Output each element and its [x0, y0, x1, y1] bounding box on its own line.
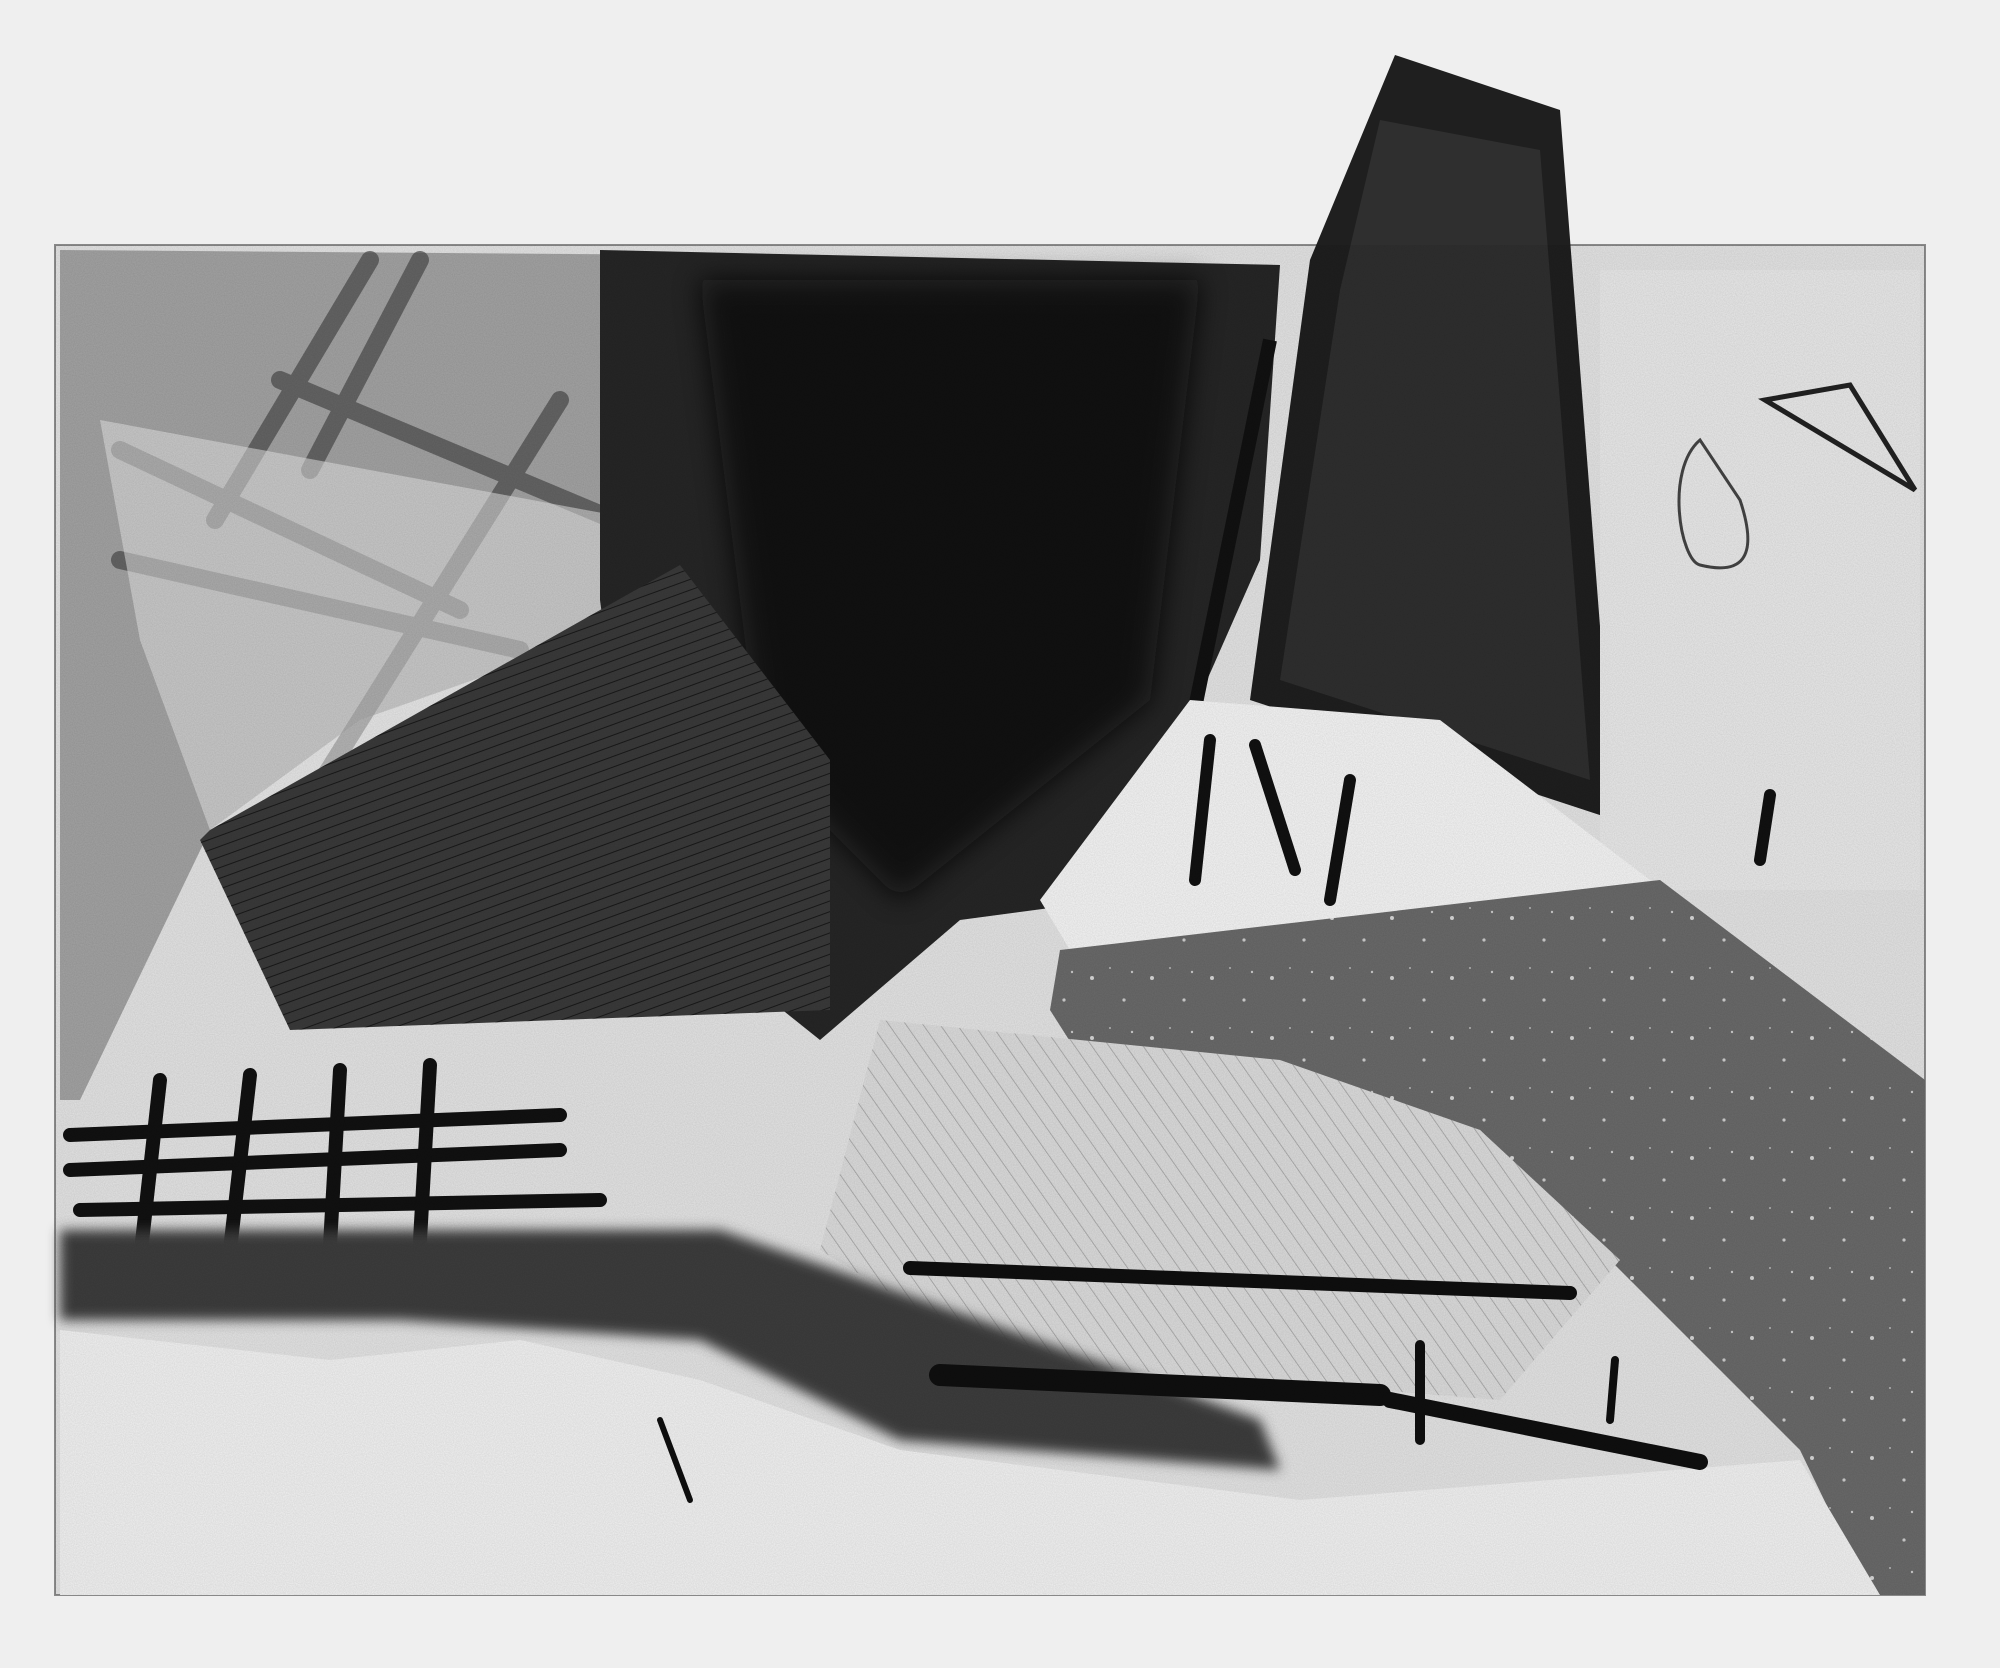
abstract-print-artwork — [0, 0, 2000, 1668]
grain-overlay — [55, 245, 1925, 1595]
